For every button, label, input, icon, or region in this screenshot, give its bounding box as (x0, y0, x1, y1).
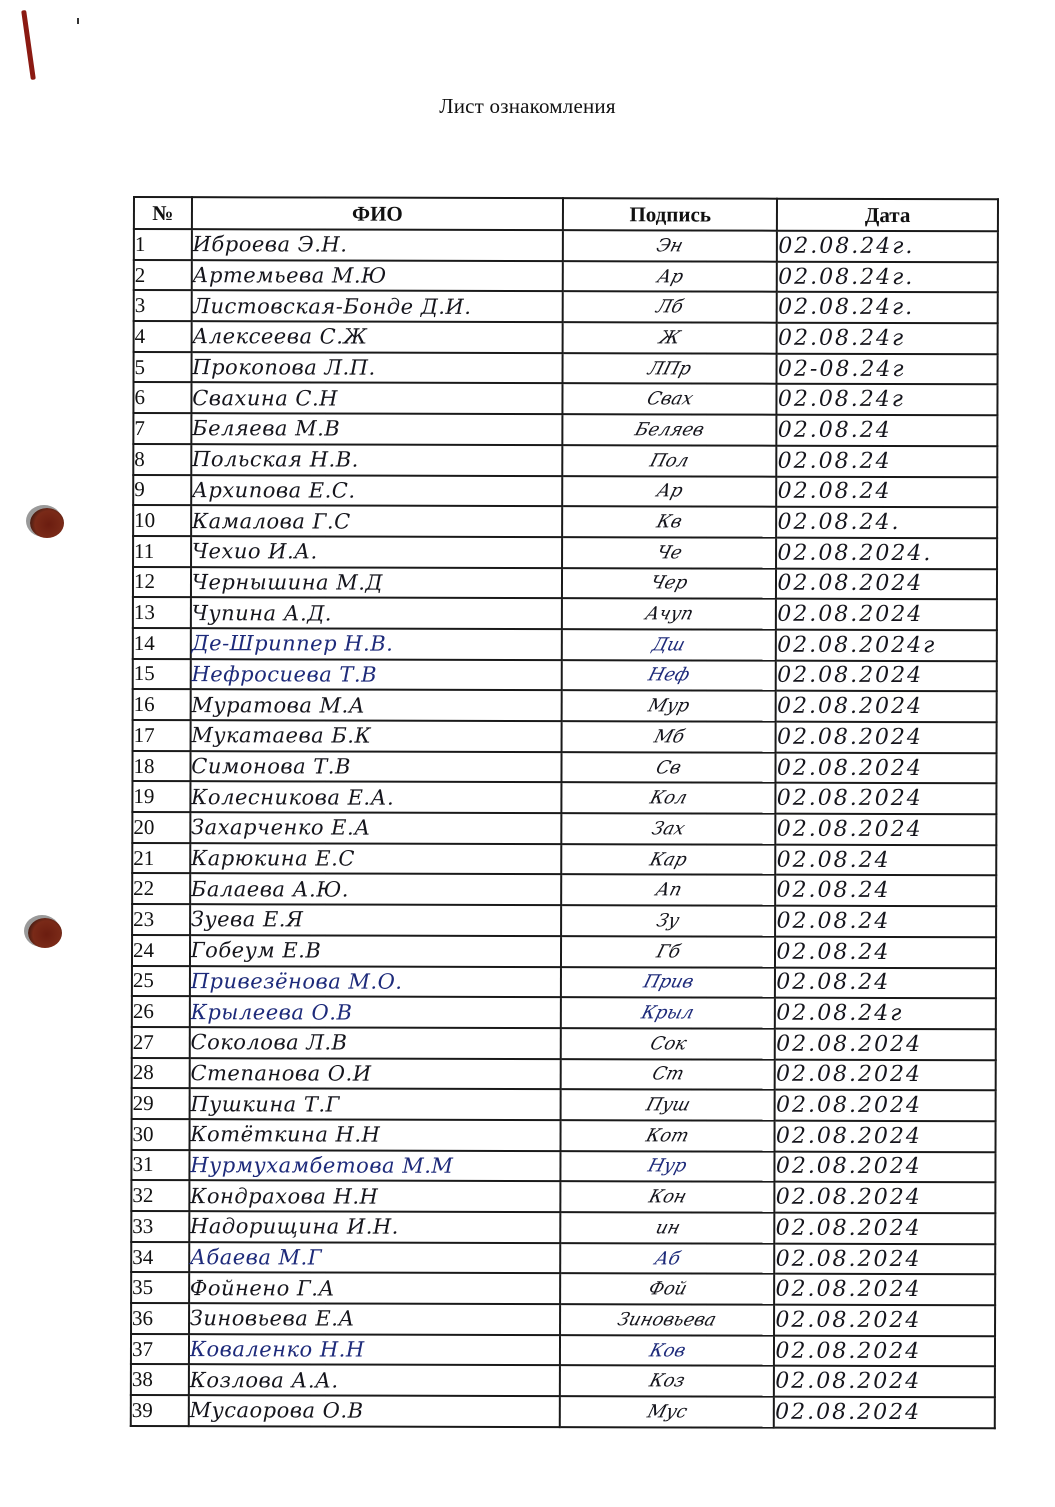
row-date: 02.08.2024 (774, 1397, 995, 1428)
row-signature: Нур (561, 1151, 775, 1182)
handwritten-signature: Неф (646, 665, 692, 686)
row-full-name: Чупина А.Д. (191, 597, 562, 629)
handwritten-signature: Коз (647, 1371, 687, 1392)
table-row: 39Мусаорова О.ВМус02.08.2024 (131, 1395, 995, 1428)
handwritten-signature: Ап (653, 880, 684, 901)
handwritten-signature: Мус (645, 1401, 690, 1422)
table-row: 3Листовская-Бонде Д.И.Лб02.08.24г. (134, 290, 998, 323)
handwritten-signature: Зу (655, 910, 682, 931)
handwritten-signature: Лб (654, 297, 686, 318)
row-date: 02.08.24г (777, 323, 998, 354)
row-date: 02.08.2024. (776, 538, 997, 569)
handwritten-signature: Мб (651, 726, 686, 747)
row-full-name: Надорищина И.Н. (189, 1211, 560, 1243)
table-row: 22Балаева А.Ю.Ап02.08.24 (132, 873, 996, 906)
row-number: 38 (131, 1364, 189, 1395)
row-number: 27 (132, 1027, 190, 1058)
handwritten-signature: Ст (650, 1064, 687, 1085)
row-full-name: Козлова А.А. (189, 1365, 560, 1397)
row-date: 02.08.24 (777, 445, 998, 476)
row-signature: Св (562, 752, 776, 783)
row-number: 15 (133, 659, 191, 690)
row-date: 02.08.2024 (776, 722, 997, 753)
row-date: 02-08.24г (777, 353, 998, 384)
row-signature: Кот (561, 1120, 775, 1151)
row-date: 02.08.24г. (777, 261, 998, 292)
row-number: 1 (134, 229, 192, 260)
handwritten-signature: Кв (654, 511, 684, 532)
table-row: 16Муратова М.АМур02.08.2024 (133, 689, 997, 722)
row-signature: Свах (563, 384, 777, 415)
row-full-name: Свахина С.Н (191, 383, 562, 415)
table-row: 37Коваленко Н.НКов02.08.2024 (131, 1334, 995, 1367)
table-row: 32Кондрахова Н.НКон02.08.2024 (131, 1180, 995, 1213)
table-row: 4Алексеева С.ЖЖ02.08.24г (134, 321, 998, 354)
handwritten-signature: Нур (646, 1156, 689, 1177)
row-full-name: Карюкина Е.С (190, 843, 561, 875)
row-number: 35 (131, 1272, 189, 1303)
row-date: 02.08.24г (777, 384, 998, 415)
row-signature: Мус (560, 1396, 774, 1427)
handwritten-signature: Фой (646, 1279, 689, 1300)
scan-speck (77, 18, 79, 24)
row-signature: Ап (561, 875, 775, 906)
row-full-name: Прокопова Л.П. (191, 352, 562, 384)
table-row: 9Архипова Е.С.Ар02.08.24 (133, 475, 997, 508)
row-date: 02.08.2024 (774, 1305, 995, 1336)
row-full-name: Муратова М.А (190, 689, 561, 721)
row-date: 02.08.2024 (776, 783, 997, 814)
table-row: 19Колесникова Е.А.Кол02.08.2024 (132, 781, 996, 814)
row-date: 02.08.24 (776, 875, 997, 906)
row-date: 02.08.2024 (776, 660, 997, 691)
row-date: 02.08.2024 (776, 599, 997, 630)
row-number: 5 (134, 352, 192, 383)
row-signature: Кар (561, 844, 775, 875)
row-date: 02.08.24 (777, 415, 998, 446)
row-number: 14 (133, 628, 191, 659)
row-full-name: Пушкина Т.Г (189, 1088, 560, 1120)
table-row: 38Козлова А.А.Коз02.08.2024 (131, 1364, 995, 1397)
punch-hole-top (30, 508, 64, 538)
row-date: 02.08.2024 (775, 1029, 996, 1060)
row-signature: Аб (560, 1243, 774, 1274)
row-full-name: Мукатаева Б.К (190, 720, 561, 752)
handwritten-signature: Эн (654, 235, 685, 256)
row-full-name: Нурмухамбетова М.М (189, 1150, 560, 1182)
row-date: 02.08.2024 (775, 1151, 996, 1182)
handwritten-signature: Ар (654, 481, 685, 502)
row-full-name: Архипова Е.С. (191, 475, 562, 507)
row-signature: ин (560, 1212, 774, 1243)
row-signature: Эн (563, 230, 777, 261)
row-number: 2 (134, 260, 192, 291)
handwritten-signature: Кон (646, 1187, 688, 1208)
row-date: 02.08.24. (776, 507, 997, 538)
row-signature: Мур (562, 690, 776, 721)
table-row: 17Мукатаева Б.КМб02.08.2024 (133, 720, 997, 753)
handwritten-signature: Чер (648, 573, 690, 594)
row-full-name: Чехио И.А. (191, 536, 562, 568)
table-row: 2Артемьева М.ЮАр02.08.24г. (134, 260, 998, 293)
handwritten-signature: Свах (644, 389, 695, 410)
row-signature: Ар (563, 261, 777, 292)
row-number: 17 (133, 720, 191, 751)
table-row: 14Де-Шриппер Н.В.Дш02.08.2024г (133, 628, 997, 661)
row-full-name: Симонова Т.В (190, 751, 561, 783)
row-date: 02.08.24 (775, 936, 996, 967)
row-signature: Дш (562, 629, 776, 660)
table-row: 11Чехио И.А.Че02.08.2024. (133, 536, 997, 569)
table-row: 7Беляева М.ВБеляев02.08.24 (133, 413, 997, 446)
table-row: 21Карюкина Е.СКар02.08.24 (132, 843, 996, 876)
table-row: 30Котёткина Н.НКот02.08.2024 (132, 1119, 996, 1152)
row-full-name: Артемьева М.Ю (192, 260, 563, 292)
row-full-name: Нефросиева Т.В (190, 659, 561, 691)
row-date: 02.08.24г (775, 998, 996, 1029)
row-signature: Беляев (563, 414, 777, 445)
row-number: 10 (133, 505, 191, 536)
row-full-name: Привезёнова М.О. (190, 966, 561, 998)
handwritten-signature: Кар (648, 849, 690, 870)
row-signature: Че (562, 537, 776, 568)
handwritten-signature: Св (654, 757, 684, 778)
row-signature: Мб (562, 721, 776, 752)
row-full-name: Зуева Е.Я (190, 904, 561, 936)
row-date: 02.08.2024 (776, 752, 997, 783)
row-full-name: Степанова О.И (189, 1058, 560, 1090)
table-header-row: № ФИО Подпись Дата (134, 197, 998, 231)
row-signature: Пуш (561, 1089, 775, 1120)
row-number: 31 (131, 1150, 189, 1181)
row-number: 6 (133, 382, 191, 413)
handwritten-signature: Гб (654, 941, 683, 962)
row-full-name: Польская Н.В. (191, 444, 562, 476)
row-number: 36 (131, 1303, 189, 1334)
handwritten-signature: Зиновьева (616, 1309, 719, 1330)
row-date: 02.08.2024г (776, 630, 997, 661)
row-number: 30 (132, 1119, 190, 1150)
row-full-name: Мусаорова О.В (189, 1395, 560, 1427)
row-full-name: Чернышина М.Д (191, 567, 562, 599)
row-full-name: Де-Шриппер Н.В. (191, 628, 562, 660)
row-signature: Зах (561, 813, 775, 844)
row-date: 02.08.2024 (776, 691, 997, 722)
handwritten-signature: ин (653, 1217, 682, 1238)
row-date: 02.08.24г. (777, 292, 998, 323)
row-signature: Зиновьева (560, 1304, 774, 1335)
row-number: 24 (132, 935, 190, 966)
table-row: 29Пушкина Т.ГПуш02.08.2024 (132, 1088, 996, 1121)
row-full-name: Иброева Э.Н. (192, 229, 563, 261)
row-number: 25 (132, 966, 190, 997)
table-row: 34Абаева М.ГАб02.08.2024 (131, 1242, 995, 1275)
table-row: 18Симонова Т.ВСв02.08.2024 (132, 751, 996, 784)
table-row: 5Прокопова Л.П.ЛПр02-08.24г (134, 352, 998, 385)
row-number: 39 (131, 1395, 189, 1426)
handwritten-signature: Аб (652, 1248, 682, 1269)
handwritten-signature: ЛПр (646, 358, 694, 379)
row-number: 29 (132, 1088, 190, 1119)
row-number: 11 (133, 536, 191, 567)
handwritten-signature: Пол (648, 450, 692, 471)
row-number: 33 (131, 1211, 189, 1242)
acknowledgement-table: № ФИО Подпись Дата 1Иброева Э.Н.Эн02.08.… (130, 196, 999, 1429)
row-date: 02.08.2024 (775, 1182, 996, 1213)
row-number: 20 (132, 812, 190, 843)
handwritten-signature: Мур (646, 696, 692, 717)
row-full-name: Гобеум Е.В (190, 935, 561, 967)
table-row: 1Иброева Э.Н.Эн02.08.24г. (134, 229, 998, 262)
row-signature: Кон (560, 1181, 774, 1212)
row-full-name: Беляева М.В (191, 413, 562, 445)
row-full-name: Зиновьева Е.А (189, 1303, 560, 1335)
row-signature: Чер (562, 568, 776, 599)
table-row: 31Нурмухамбетова М.МНур02.08.2024 (131, 1150, 995, 1183)
table-row: 12Чернышина М.ДЧер02.08.2024 (133, 567, 997, 600)
row-full-name: Алексеева С.Ж (191, 321, 562, 353)
table-row: 33Надорищина И.Н.ин02.08.2024 (131, 1211, 995, 1244)
table-row: 28Степанова О.ИСт02.08.2024 (132, 1058, 996, 1091)
header-date: Дата (777, 199, 998, 232)
handwritten-signature: Кот (644, 1125, 692, 1146)
row-number: 23 (132, 904, 190, 935)
handwritten-signature: Сок (648, 1033, 689, 1054)
table-row: 24Гобеум Е.ВГб02.08.24 (132, 935, 996, 968)
row-signature: Неф (562, 660, 776, 691)
row-date: 02.08.24 (776, 844, 997, 875)
table-row: 27Соколова Л.ВСок02.08.2024 (132, 1027, 996, 1060)
row-number: 13 (133, 597, 191, 628)
row-full-name: Кондрахова Н.Н (189, 1180, 560, 1212)
row-number: 22 (132, 873, 190, 904)
table-body: 1Иброева Э.Н.Эн02.08.24г.2Артемьева М.ЮА… (131, 229, 998, 1428)
row-number: 16 (133, 689, 191, 720)
handwritten-signature: Пуш (643, 1094, 692, 1115)
row-signature: Зу (561, 905, 775, 936)
row-full-name: Захарченко Е.А (190, 812, 561, 844)
row-number: 7 (133, 413, 191, 444)
handwritten-signature: Беляев (633, 419, 707, 440)
header-signature: Подпись (563, 198, 777, 231)
table-row: 25Привезёнова М.О.Прив02.08.24 (132, 966, 996, 999)
handwritten-signature: Ж (657, 327, 683, 348)
row-signature: Ачуп (562, 598, 776, 629)
row-signature: Пол (562, 445, 776, 476)
table-row: 8Польская Н.В.Пол02.08.24 (133, 444, 997, 477)
row-date: 02.08.2024 (774, 1274, 995, 1305)
handwritten-signature: Крыл (639, 1002, 696, 1023)
row-signature: Кв (562, 506, 776, 537)
punch-hole-bottom (28, 918, 62, 948)
row-full-name: Листовская-Бонде Д.И. (191, 291, 562, 323)
row-full-name: Коваленко Н.Н (189, 1334, 560, 1366)
row-number: 37 (131, 1334, 189, 1365)
row-signature: Ар (562, 476, 776, 507)
row-date: 02.08.24 (775, 906, 996, 937)
row-number: 28 (132, 1058, 190, 1089)
table-row: 26Крылеева О.ВКрыл02.08.24г (132, 996, 996, 1029)
table-row: 15Нефросиева Т.ВНеф02.08.2024 (133, 659, 997, 692)
row-date: 02.08.2024 (775, 1090, 996, 1121)
handwritten-signature: Ар (655, 266, 686, 287)
row-date: 02.08.2024 (775, 1121, 996, 1152)
row-date: 02.08.2024 (775, 1213, 996, 1244)
row-signature: Кол (562, 782, 776, 813)
row-number: 32 (131, 1180, 189, 1211)
header-name: ФИО (192, 197, 563, 230)
row-signature: Прив (561, 967, 775, 998)
row-full-name: Абаева М.Г (189, 1242, 560, 1274)
row-full-name: Балаева А.Ю. (190, 874, 561, 906)
row-number: 26 (132, 996, 190, 1027)
row-signature: Сок (561, 1028, 775, 1059)
row-number: 34 (131, 1242, 189, 1273)
row-signature: Ст (561, 1059, 775, 1090)
row-signature: Фой (560, 1273, 774, 1304)
corner-pen-mark (21, 10, 36, 80)
row-number: 18 (132, 751, 190, 782)
row-number: 9 (133, 475, 191, 506)
document-title: Лист ознакомления (0, 94, 1055, 119)
row-number: 21 (132, 843, 190, 874)
row-signature: Ж (563, 322, 777, 353)
header-number: № (134, 197, 192, 229)
row-full-name: Крылеева О.В (190, 996, 561, 1028)
row-date: 02.08.2024 (775, 1243, 996, 1274)
row-full-name: Котёткина Н.Н (189, 1119, 560, 1151)
row-date: 02.08.2024 (774, 1335, 995, 1366)
handwritten-signature: Ков (647, 1340, 688, 1361)
table-row: 35Фойнено Г.АФой02.08.2024 (131, 1272, 995, 1305)
handwritten-signature: Дш (650, 634, 687, 655)
row-signature: ЛПр (563, 353, 777, 384)
row-full-name: Камалова Г.С (191, 505, 562, 537)
handwritten-signature: Кол (648, 788, 690, 809)
handwritten-signature: Ачуп (643, 603, 696, 624)
row-date: 02.08.2024 (776, 814, 997, 845)
row-signature: Ков (560, 1335, 774, 1366)
row-full-name: Колесникова Е.А. (190, 782, 561, 814)
row-date: 02.08.24 (775, 967, 996, 998)
row-date: 02.08.2024 (776, 568, 997, 599)
handwritten-signature: Прив (641, 972, 696, 993)
row-signature: Гб (561, 936, 775, 967)
handwritten-signature: Зах (650, 818, 688, 839)
table-row: 20Захарченко Е.АЗах02.08.2024 (132, 812, 996, 845)
row-date: 02.08.24 (777, 476, 998, 507)
row-number: 19 (132, 781, 190, 812)
row-full-name: Соколова Л.В (190, 1027, 561, 1059)
row-date: 02.08.2024 (774, 1366, 995, 1397)
table-row: 10Камалова Г.СКв02.08.24. (133, 505, 997, 538)
table-row: 13Чупина А.Д.Ачуп02.08.2024 (133, 597, 997, 630)
table-row: 36Зиновьева Е.АЗиновьева02.08.2024 (131, 1303, 995, 1336)
row-signature: Крыл (561, 997, 775, 1028)
row-number: 8 (133, 444, 191, 475)
row-number: 4 (134, 321, 192, 352)
row-signature: Коз (560, 1366, 774, 1397)
row-number: 3 (134, 290, 192, 321)
row-date: 02.08.24г. (777, 231, 998, 262)
table-row: 6Свахина С.НСвах02.08.24г (133, 382, 997, 415)
row-date: 02.08.2024 (775, 1059, 996, 1090)
row-number: 12 (133, 567, 191, 598)
table-row: 23Зуева Е.ЯЗу02.08.24 (132, 904, 996, 937)
row-signature: Лб (563, 292, 777, 323)
handwritten-signature: Че (654, 542, 684, 563)
row-full-name: Фойнено Г.А (189, 1273, 560, 1305)
